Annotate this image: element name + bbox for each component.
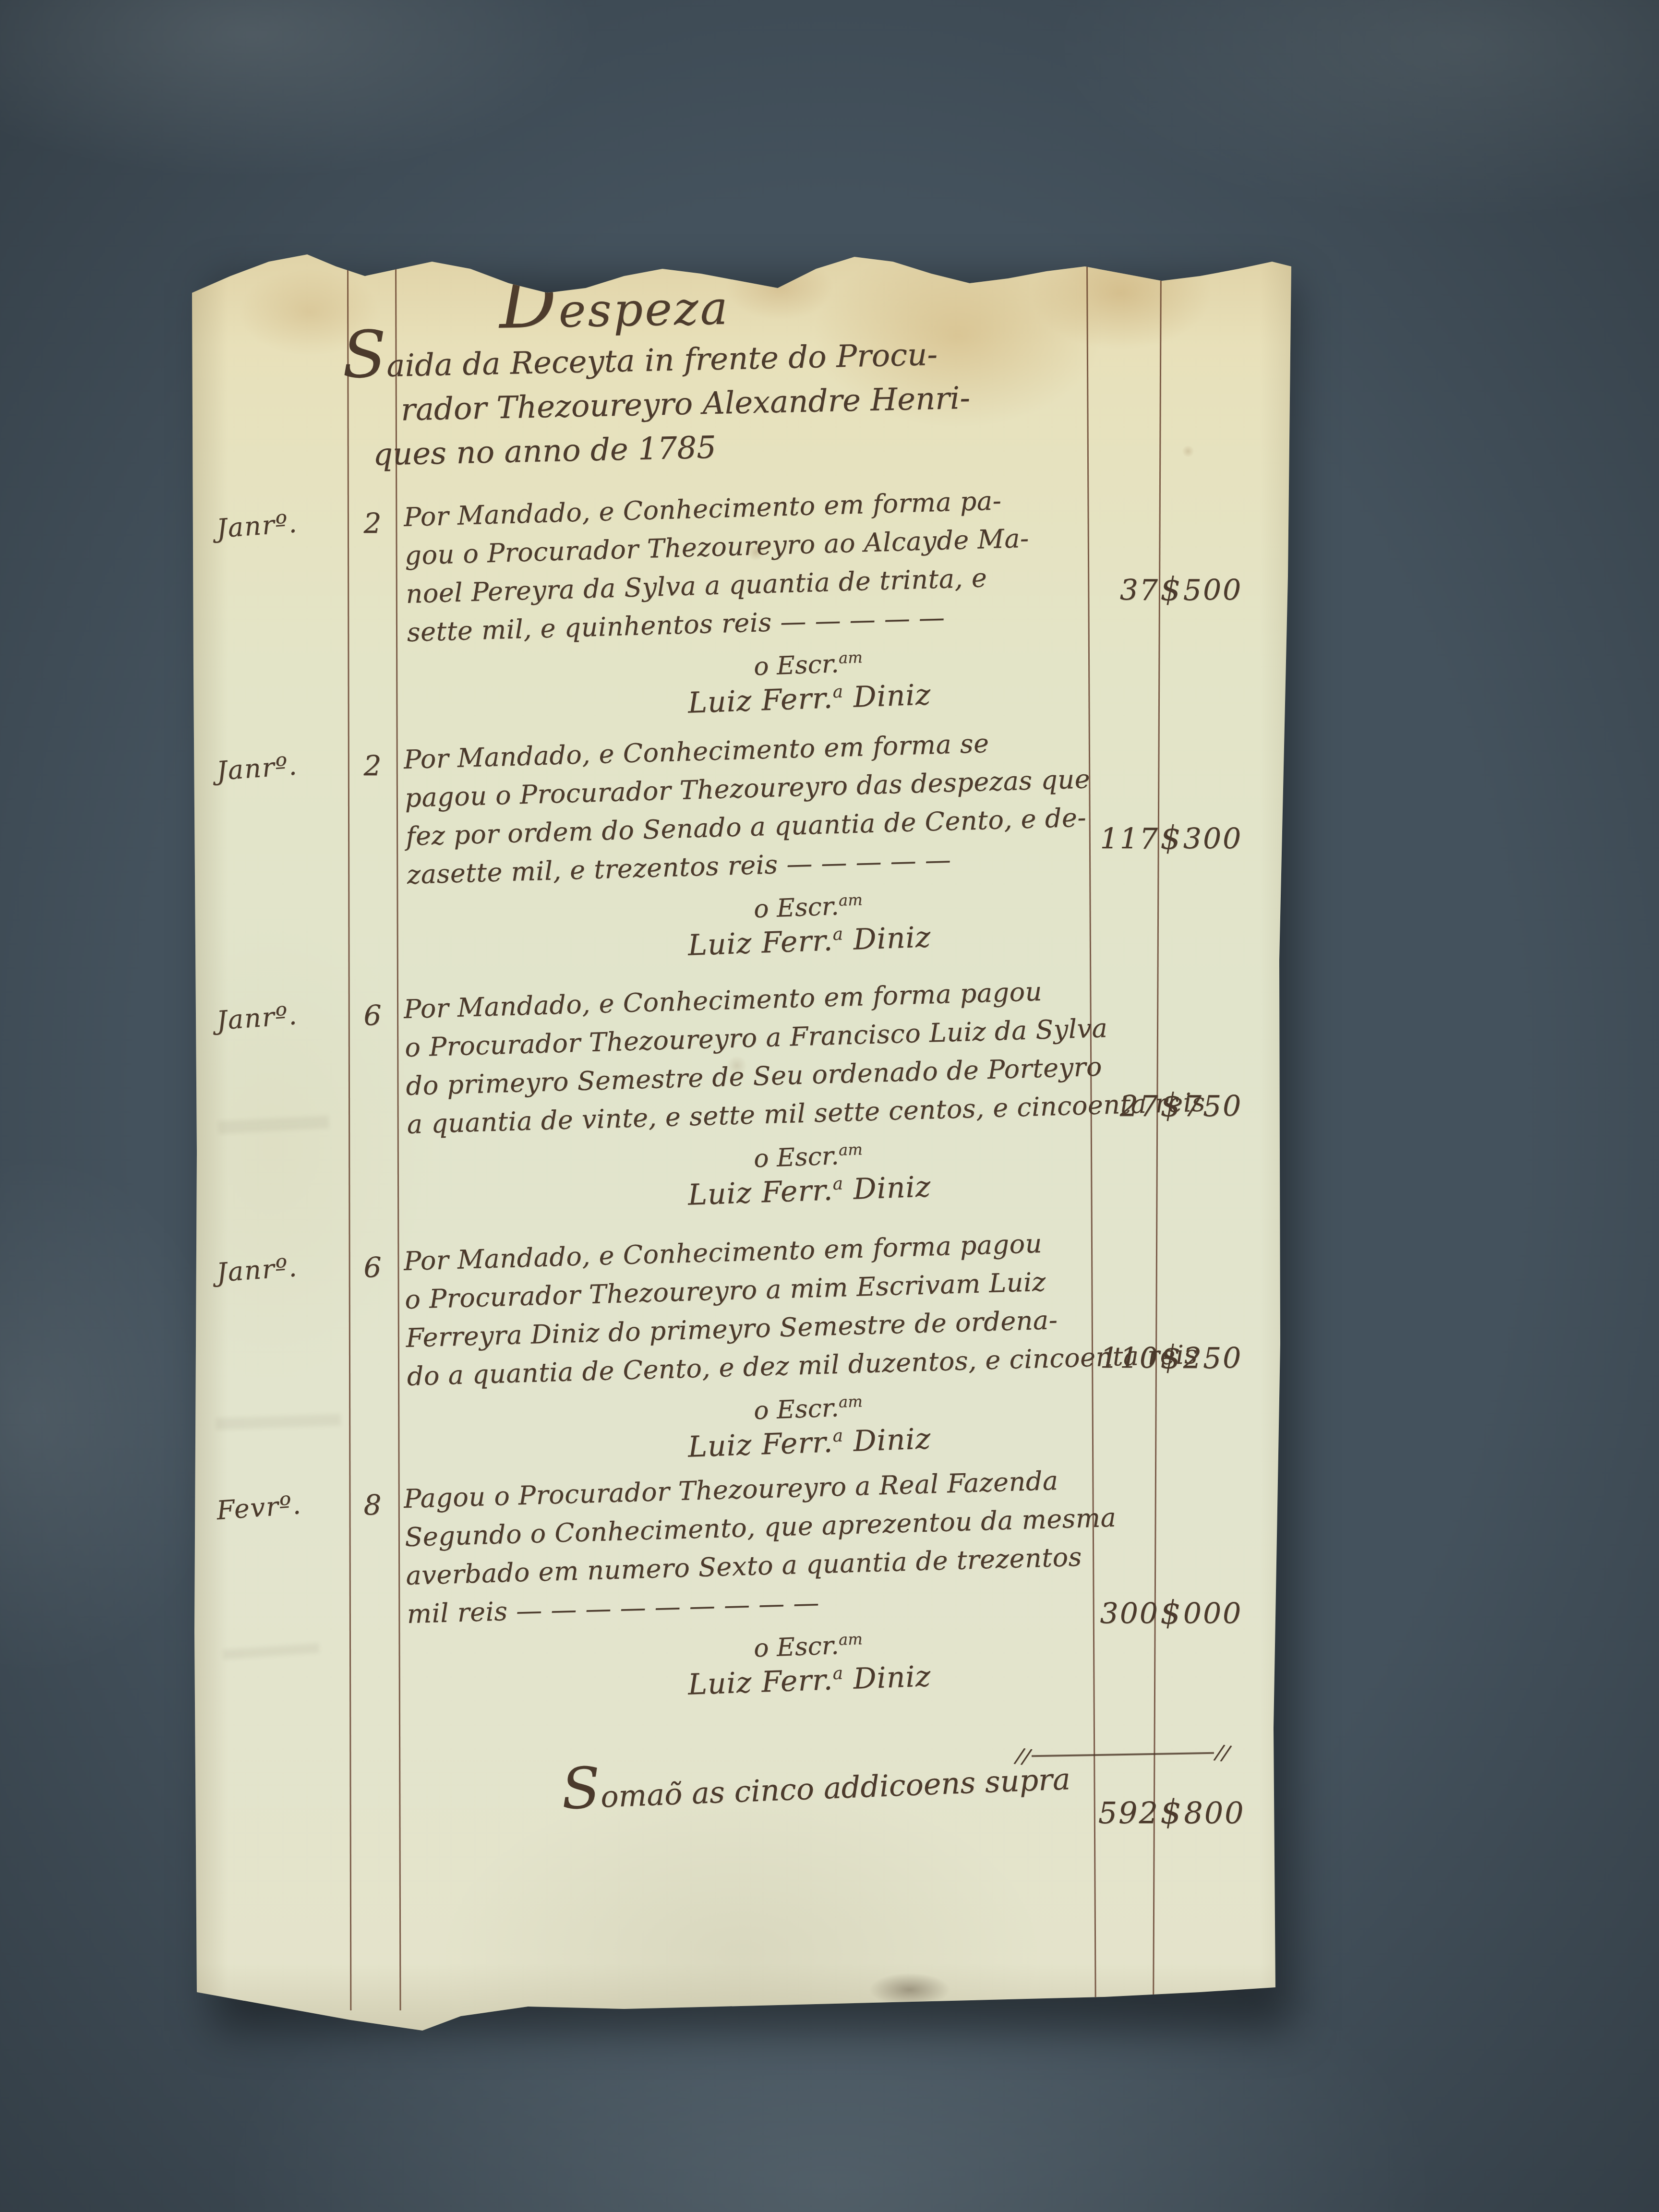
signature-role-superscript: am xyxy=(838,1392,863,1411)
amount-whole: 592 xyxy=(1090,1795,1159,1830)
clerk-signature: o Escr.am Luiz Ferr.a Diniz xyxy=(669,645,949,721)
entry-text: Por Mandado, e Conhecimento em forma se … xyxy=(403,721,1108,894)
signature-role-superscript: am xyxy=(838,1630,863,1649)
signature-role-text: o Escr. xyxy=(753,1394,839,1425)
amount-whole: 110 xyxy=(1090,1342,1159,1375)
signature-role: o Escr.am xyxy=(669,888,948,927)
ledger-entry: Janrº. 6 Por Mandado, e Conhecimento em … xyxy=(190,990,1294,1240)
ledger-entry: Janrº. 6 Por Mandado, e Conhecimento em … xyxy=(190,1242,1294,1492)
signature-name: Luiz Ferr.a Diniz xyxy=(670,920,949,963)
amount-whole: 300 xyxy=(1090,1597,1159,1631)
clerk-signature: o Escr.am Luiz Ferr.a Diniz xyxy=(669,888,949,963)
signature-role-superscript: am xyxy=(838,890,863,910)
entry-day: 8 xyxy=(357,1489,388,1521)
clerk-signature: o Escr.am Luiz Ferr.a Diniz xyxy=(669,1389,949,1465)
signature-role-text: o Escr. xyxy=(753,649,839,681)
ledger-entry: Janrº. 2 Por Mandado, e Conhecimento em … xyxy=(190,741,1294,990)
entry-month: Janrº. xyxy=(216,1252,299,1288)
entry-amount: 300$000 xyxy=(1090,1594,1242,1631)
entry-amount: 37$500 xyxy=(1090,570,1242,608)
cifrao-symbol: $ xyxy=(1160,570,1182,608)
entry-amount: 117$300 xyxy=(1090,819,1242,856)
ledger-entry: Fevrº. 8 Pagou o Procurador Thezoureyro … xyxy=(190,1480,1294,1730)
signature-name: Luiz Ferr.a Diniz xyxy=(670,1421,949,1465)
signature-name-superscript: a xyxy=(832,1664,844,1684)
entry-text: Por Mandado, e Conhecimento em forma pag… xyxy=(403,1223,1108,1396)
rule-line xyxy=(1032,1752,1214,1757)
amount-fraction: 000 xyxy=(1183,1597,1243,1631)
signature-name: Luiz Ferr.a Diniz xyxy=(670,1169,949,1213)
entry-text: Por Mandado, e Conhecimento em forma pa-… xyxy=(403,479,1108,652)
signature-surname-text: Diniz xyxy=(843,1422,931,1458)
signature-role: o Escr.am xyxy=(669,1137,948,1177)
grand-total-label: Somaõ as cinco addicoens supra xyxy=(561,1760,1105,1815)
page-title: Despeza xyxy=(499,254,932,345)
signature-name-superscript: a xyxy=(832,682,844,702)
signature-role: o Escr.am xyxy=(669,645,948,685)
grand-total-amount: 592$800 xyxy=(1090,1793,1245,1831)
signature-name-superscript: a xyxy=(832,1426,844,1446)
entry-month: Fevrº. xyxy=(216,1490,302,1526)
signature-role-text: o Escr. xyxy=(753,892,839,924)
entry-month: Janrº. xyxy=(216,750,299,786)
entry-amount: 27$750 xyxy=(1090,1086,1242,1124)
entry-month: Janrº. xyxy=(216,1000,299,1036)
amount-whole: 117 xyxy=(1090,822,1159,856)
signature-surname-text: Diniz xyxy=(843,678,931,714)
clerk-signature: o Escr.am Luiz Ferr.a Diniz xyxy=(669,1137,949,1213)
amount-whole: 37 xyxy=(1090,574,1159,607)
amount-fraction: 750 xyxy=(1183,1090,1243,1123)
signature-name: Luiz Ferr.a Diniz xyxy=(670,1659,949,1702)
heading-paragraph: Saida da Receyta in frente do Procu- rad… xyxy=(342,329,1122,478)
cifrao-symbol: $ xyxy=(1160,1793,1183,1831)
signature-role-superscript: am xyxy=(838,1140,863,1159)
ledger-entry: Janrº. 2 Por Mandado, e Conhecimento em … xyxy=(190,498,1294,748)
signature-name-text: Luiz Ferr. xyxy=(687,924,833,962)
signature-name-superscript: a xyxy=(832,925,844,945)
rule-tick-right: // xyxy=(1213,1740,1233,1765)
entry-day: 6 xyxy=(357,999,388,1032)
signature-role: o Escr.am xyxy=(669,1389,948,1429)
amount-fraction: 800 xyxy=(1184,1795,1245,1830)
signature-surname-text: Diniz xyxy=(843,1170,931,1206)
manuscript-page: Despeza Saida da Receyta in frente do Pr… xyxy=(190,235,1294,2031)
entry-day: 2 xyxy=(357,749,388,782)
amount-fraction: 500 xyxy=(1183,574,1243,607)
amount-fraction: 250 xyxy=(1183,1342,1243,1375)
signature-role-text: o Escr. xyxy=(753,1631,839,1663)
signature-role-text: o Escr. xyxy=(753,1142,839,1173)
signature-name: Luiz Ferr.a Diniz xyxy=(670,677,949,721)
cifrao-symbol: $ xyxy=(1160,1086,1182,1124)
entry-month: Janrº. xyxy=(216,508,299,544)
amount-fraction: 300 xyxy=(1183,822,1243,856)
signature-surname-text: Diniz xyxy=(843,920,931,957)
cifrao-symbol: $ xyxy=(1160,819,1182,856)
entry-day: 2 xyxy=(357,507,388,540)
signature-name-text: Luiz Ferr. xyxy=(687,682,833,720)
signature-name-text: Luiz Ferr. xyxy=(687,1663,833,1702)
photo-background: { "document": { "title": "Despeza", "hea… xyxy=(0,0,1659,2212)
entry-text: Pagou o Procurador Thezoureyro a Real Fa… xyxy=(403,1460,1108,1634)
entry-day: 6 xyxy=(357,1251,388,1284)
amount-whole: 27 xyxy=(1090,1090,1159,1123)
signature-role: o Escr.am xyxy=(669,1627,948,1666)
signature-surname-text: Diniz xyxy=(843,1659,931,1696)
signature-name-superscript: a xyxy=(832,1174,844,1194)
signature-name-text: Luiz Ferr. xyxy=(687,1426,833,1464)
cifrao-symbol: $ xyxy=(1160,1338,1182,1376)
cifrao-symbol: $ xyxy=(1160,1594,1182,1631)
clerk-signature: o Escr.am Luiz Ferr.a Diniz xyxy=(669,1627,949,1702)
entry-amount: 110$250 xyxy=(1090,1338,1242,1376)
entry-text: Por Mandado, e Conhecimento em forma pag… xyxy=(403,971,1108,1144)
signature-role-superscript: am xyxy=(838,648,863,667)
signature-name-text: Luiz Ferr. xyxy=(687,1174,833,1212)
